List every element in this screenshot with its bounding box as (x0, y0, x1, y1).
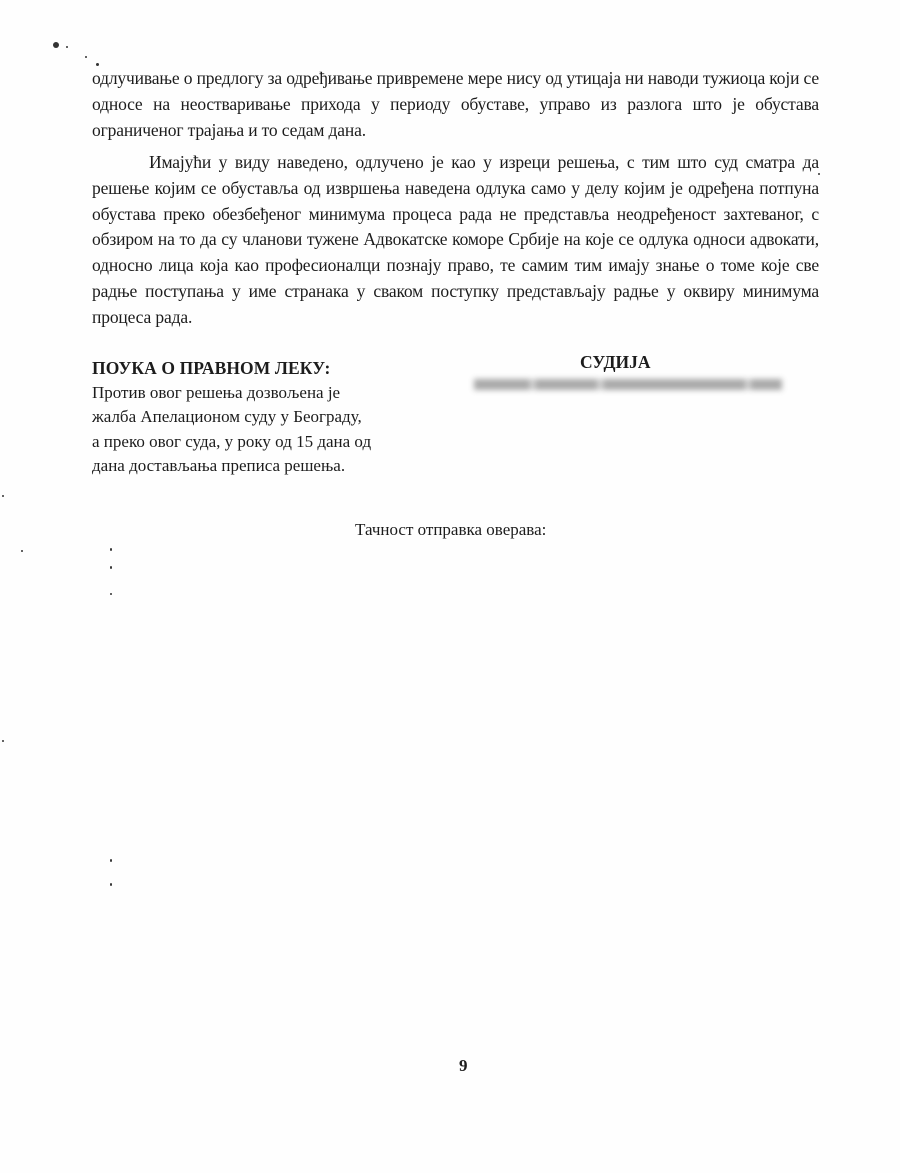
legal-remedy-line: Против овог решења дозвољена је (92, 381, 432, 406)
scan-speck (2, 740, 4, 742)
scan-speck (53, 42, 59, 48)
judge-title: СУДИЈА (580, 352, 651, 373)
paragraph-continuation: одлучивање о предлогу за одређивање прив… (92, 66, 819, 143)
certification-label: Тачност отправка оверава: (355, 520, 546, 540)
judge-name-redacted (474, 379, 782, 390)
legal-remedy-title: ПОУКА О ПРАВНОМ ЛЕКУ: (92, 356, 432, 381)
paragraph-reasoning: Имајући у виду наведено, одлучено је као… (92, 150, 819, 331)
legal-remedy-line: дана достављања преписа решења. (92, 454, 432, 479)
scan-speck (110, 548, 112, 551)
scan-speck (110, 859, 112, 862)
document-page: одлучивање о предлогу за одређивање прив… (0, 0, 900, 1173)
legal-remedy-section: ПОУКА О ПРАВНОМ ЛЕКУ: Против овог решења… (92, 356, 432, 479)
scan-speck (110, 566, 112, 569)
scan-speck (2, 495, 4, 497)
legal-remedy-line: а преко овог суда, у року од 15 дана од (92, 430, 432, 455)
page-number: 9 (459, 1056, 468, 1076)
scan-speck (66, 46, 68, 48)
legal-remedy-line: жалба Апелационом суду у Београду, (92, 405, 432, 430)
scan-speck (110, 593, 112, 595)
scan-speck (110, 883, 112, 886)
scan-speck (85, 56, 87, 58)
scan-speck (21, 550, 23, 552)
